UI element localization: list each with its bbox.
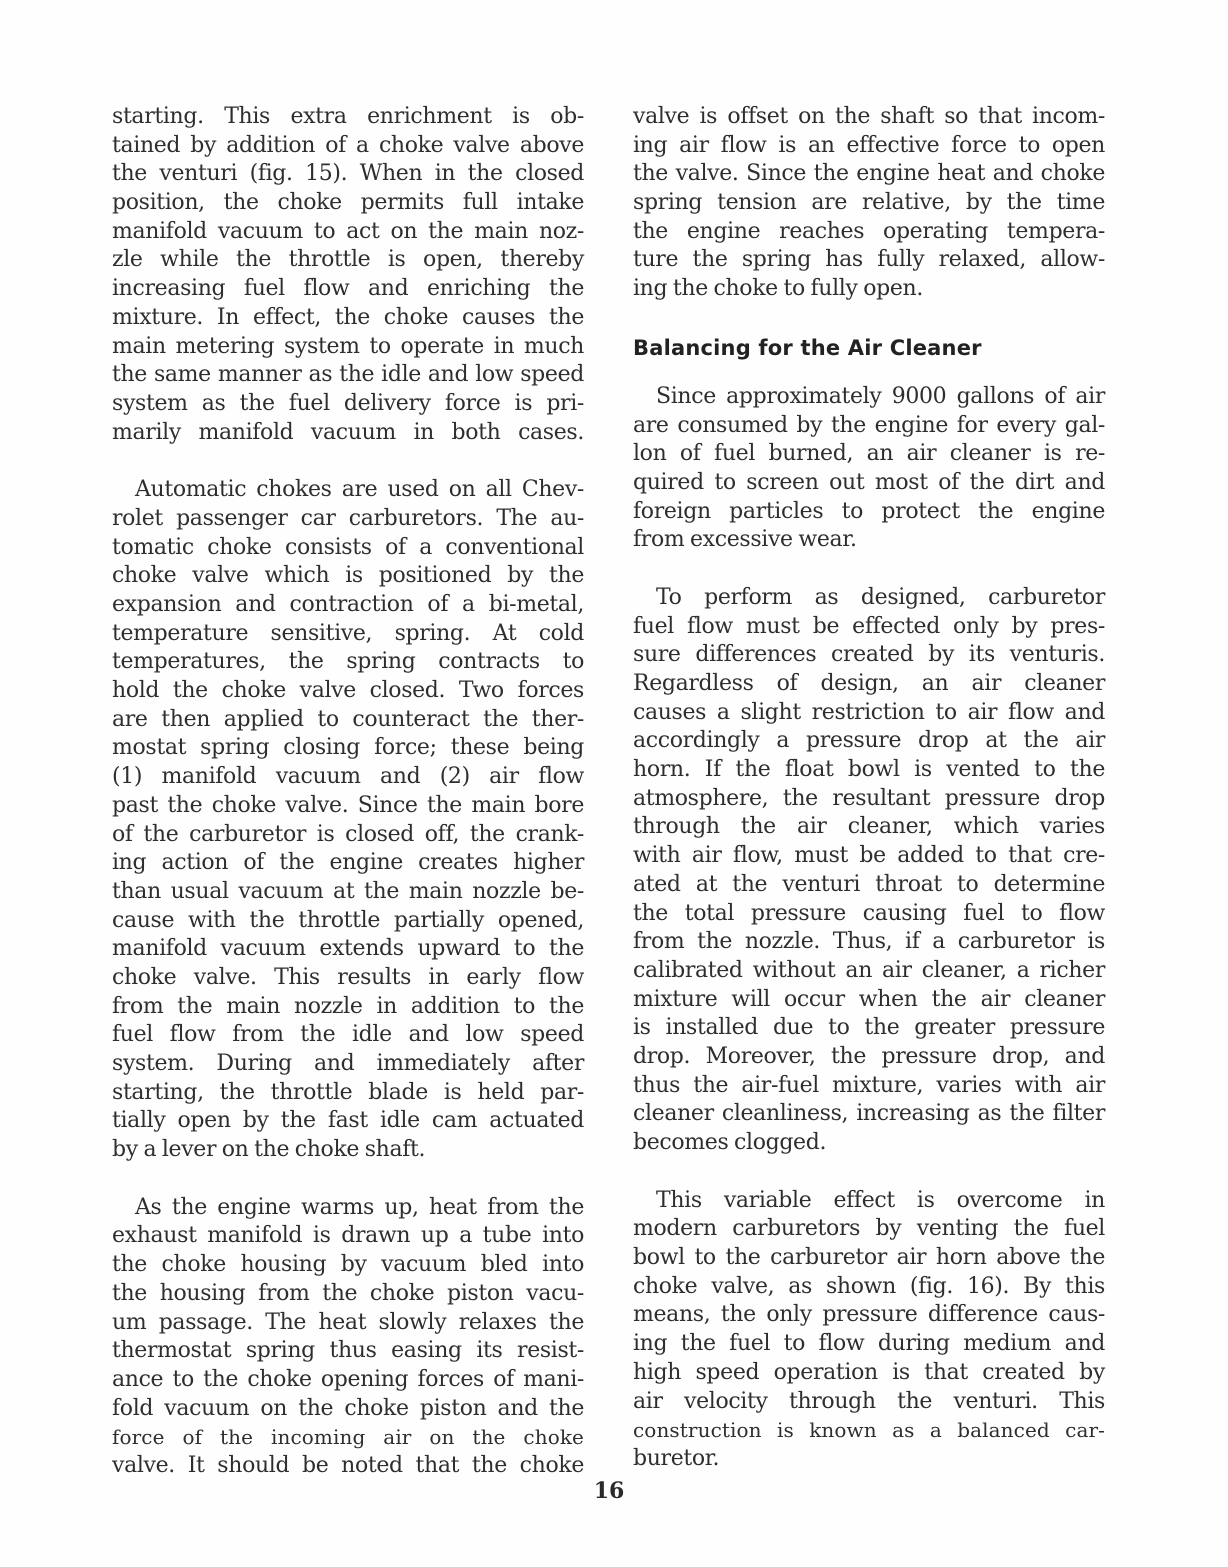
text-line: force of the incoming air on the choke bbox=[112, 1423, 584, 1452]
text-line: fuel flow from the idle and low speed bbox=[112, 1021, 584, 1050]
text-line: air velocity through the venturi. This bbox=[633, 1388, 1105, 1417]
text-line: is installed due to the greater pressure bbox=[633, 1014, 1105, 1043]
text-line: from excessive wear. bbox=[633, 526, 1105, 555]
text-line: sure differences created by its venturis… bbox=[633, 641, 1105, 670]
text-line: thermostat spring thus easing its resist… bbox=[112, 1337, 584, 1366]
text-line: increasing fuel flow and enriching the bbox=[112, 275, 584, 304]
text-line: fold vacuum on the choke piston and the bbox=[112, 1395, 584, 1424]
text-line: temperature sensitive, spring. At cold bbox=[112, 620, 584, 649]
paragraph-air-consumption: Since approximately 9000 gallons of air … bbox=[633, 383, 1105, 555]
text-line: foreign particles to protect the engine bbox=[633, 498, 1105, 527]
text-line: are then applied to counteract the ther- bbox=[112, 706, 584, 735]
text-line: than usual vacuum at the main nozzle be- bbox=[112, 878, 584, 907]
text-line: means, the only pressure difference caus… bbox=[633, 1301, 1105, 1330]
text-line: system. During and immediately after bbox=[112, 1050, 584, 1079]
paragraph-pressure-drop: To perform as designed, carburetor fuel … bbox=[633, 584, 1105, 1158]
text-line: temperatures, the spring contracts to bbox=[112, 648, 584, 677]
text-line: the total pressure causing fuel to flow bbox=[633, 900, 1105, 929]
text-line: (1) manifold vacuum and (2) air flow bbox=[112, 763, 584, 792]
text-line: atmosphere, the resultant pressure drop bbox=[633, 785, 1105, 814]
text-line: bowl to the carburetor air horn above th… bbox=[633, 1244, 1105, 1273]
text-line: exhaust manifold is drawn up a tube into bbox=[112, 1222, 584, 1251]
paragraph-engine-warm-up: As the engine warms up, heat from the ex… bbox=[112, 1194, 584, 1481]
text-line: position, the choke permits full intake bbox=[112, 189, 584, 218]
document-page: starting. This extra enrichment is ob- t… bbox=[0, 0, 1228, 1567]
text-line: As the engine warms up, heat from the bbox=[112, 1194, 584, 1223]
text-line: the choke housing by vacuum bled into bbox=[112, 1251, 584, 1280]
text-line: system as the fuel delivery force is pri… bbox=[112, 390, 584, 419]
text-line: with air flow, must be added to that cre… bbox=[633, 842, 1105, 871]
paragraph-automatic-chokes: Automatic chokes are used on all Chev- r… bbox=[112, 476, 584, 1165]
text-line: choke valve which is positioned by the bbox=[112, 562, 584, 591]
text-line: drop. Moreover, the pressure drop, and bbox=[633, 1043, 1105, 1072]
text-line: main metering system to operate in much bbox=[112, 333, 584, 362]
text-line: starting. This extra enrichment is ob- bbox=[112, 103, 584, 132]
text-line: thus the air-fuel mixture, varies with a… bbox=[633, 1072, 1105, 1101]
text-line: manifold vacuum extends upward to the bbox=[112, 935, 584, 964]
text-line: ture the spring has fully relaxed, allow… bbox=[633, 246, 1105, 275]
text-line: ated at the venturi throat to determine bbox=[633, 871, 1105, 900]
text-line: um passage. The heat slowly relaxes the bbox=[112, 1309, 584, 1338]
text-line: of the carburetor is closed off, the cra… bbox=[112, 821, 584, 850]
paragraph-choke-enrichment: starting. This extra enrichment is ob- t… bbox=[112, 103, 584, 447]
text-line: quired to screen out most of the dirt an… bbox=[633, 469, 1105, 498]
text-line: construction is known as a balanced car- bbox=[633, 1416, 1105, 1445]
text-line: cause with the throttle partially opened… bbox=[112, 907, 584, 936]
text-line: Since approximately 9000 gallons of air bbox=[633, 383, 1105, 412]
text-line: cleaner cleanliness, increasing as the f… bbox=[633, 1100, 1105, 1129]
text-line: the engine reaches operating tempera- bbox=[633, 218, 1105, 247]
text-line: hold the choke valve closed. Two forces bbox=[112, 677, 584, 706]
text-line: from the nozzle. Thus, if a carburetor i… bbox=[633, 928, 1105, 957]
text-line: mixture will occur when the air cleaner bbox=[633, 986, 1105, 1015]
text-line: the housing from the choke piston vacu- bbox=[112, 1280, 584, 1309]
text-line: This variable effect is overcome in bbox=[633, 1187, 1105, 1216]
left-column: starting. This extra enrichment is ob- t… bbox=[112, 103, 584, 1510]
text-line: from the main nozzle in addition to the bbox=[112, 993, 584, 1022]
text-line: horn. If the float bowl is vented to the bbox=[633, 756, 1105, 785]
text-line: by a lever on the choke shaft. bbox=[112, 1136, 584, 1165]
text-line: calibrated without an air cleaner, a ric… bbox=[633, 957, 1105, 986]
paragraph-balanced-carburetor: This variable effect is overcome in mode… bbox=[633, 1187, 1105, 1474]
text-line: becomes clogged. bbox=[633, 1129, 1105, 1158]
text-line: the venturi (fig. 15). When in the close… bbox=[112, 160, 584, 189]
text-line: ing the fuel to flow during medium and bbox=[633, 1330, 1105, 1359]
text-line: expansion and contraction of a bi-metal, bbox=[112, 591, 584, 620]
text-line: ing action of the engine creates higher bbox=[112, 849, 584, 878]
text-line: ance to the choke opening forces of mani… bbox=[112, 1366, 584, 1395]
text-line: tomatic choke consists of a conventional bbox=[112, 534, 584, 563]
text-line: fuel flow must be effected only by pres- bbox=[633, 613, 1105, 642]
text-line: mixture. In effect, the choke causes the bbox=[112, 304, 584, 333]
text-line: through the air cleaner, which varies bbox=[633, 813, 1105, 842]
text-line: valve is offset on the shaft so that inc… bbox=[633, 103, 1105, 132]
text-line: past the choke valve. Since the main bor… bbox=[112, 792, 584, 821]
text-line: lon of fuel burned, an air cleaner is re… bbox=[633, 440, 1105, 469]
text-line: the same manner as the idle and low spee… bbox=[112, 361, 584, 390]
text-line: Automatic chokes are used on all Chev- bbox=[112, 476, 584, 505]
text-line: the valve. Since the engine heat and cho… bbox=[633, 160, 1105, 189]
text-line: valve. It should be noted that the choke bbox=[112, 1452, 584, 1481]
text-line: tained by addition of a choke valve abov… bbox=[112, 132, 584, 161]
text-line: modern carburetors by venting the fuel bbox=[633, 1215, 1105, 1244]
text-line: mostat spring closing force; these being bbox=[112, 734, 584, 763]
page-number: 16 bbox=[0, 1478, 1218, 1504]
text-line: Regardless of design, an air cleaner bbox=[633, 670, 1105, 699]
text-line: rolet passenger car carburetors. The au- bbox=[112, 505, 584, 534]
text-line: marily manifold vacuum in both cases. bbox=[112, 419, 584, 448]
text-line: To perform as designed, carburetor bbox=[633, 584, 1105, 613]
text-line: ing the choke to fully open. bbox=[633, 275, 1105, 304]
right-column: valve is offset on the shaft so that inc… bbox=[633, 103, 1105, 1503]
section-heading: Balancing for the Air Cleaner bbox=[633, 333, 1105, 363]
text-line: choke valve. This results in early flow bbox=[112, 964, 584, 993]
text-line: tially open by the fast idle cam actuate… bbox=[112, 1107, 584, 1136]
text-line: manifold vacuum to act on the main noz- bbox=[112, 218, 584, 247]
text-line: zle while the throttle is open, thereby bbox=[112, 246, 584, 275]
text-line: starting, the throttle blade is held par… bbox=[112, 1079, 584, 1108]
text-line: choke valve, as shown (fig. 16). By this bbox=[633, 1273, 1105, 1302]
text-line: accordingly a pressure drop at the air bbox=[633, 727, 1105, 756]
text-line: ing air flow is an effective force to op… bbox=[633, 132, 1105, 161]
text-line: causes a slight restriction to air flow … bbox=[633, 699, 1105, 728]
text-line: high speed operation is that created by bbox=[633, 1359, 1105, 1388]
paragraph-choke-offset: valve is offset on the shaft so that inc… bbox=[633, 103, 1105, 304]
text-line: are consumed by the engine for every gal… bbox=[633, 412, 1105, 441]
text-line: buretor. bbox=[633, 1445, 1105, 1474]
text-line: spring tension are relative, by the time bbox=[633, 189, 1105, 218]
